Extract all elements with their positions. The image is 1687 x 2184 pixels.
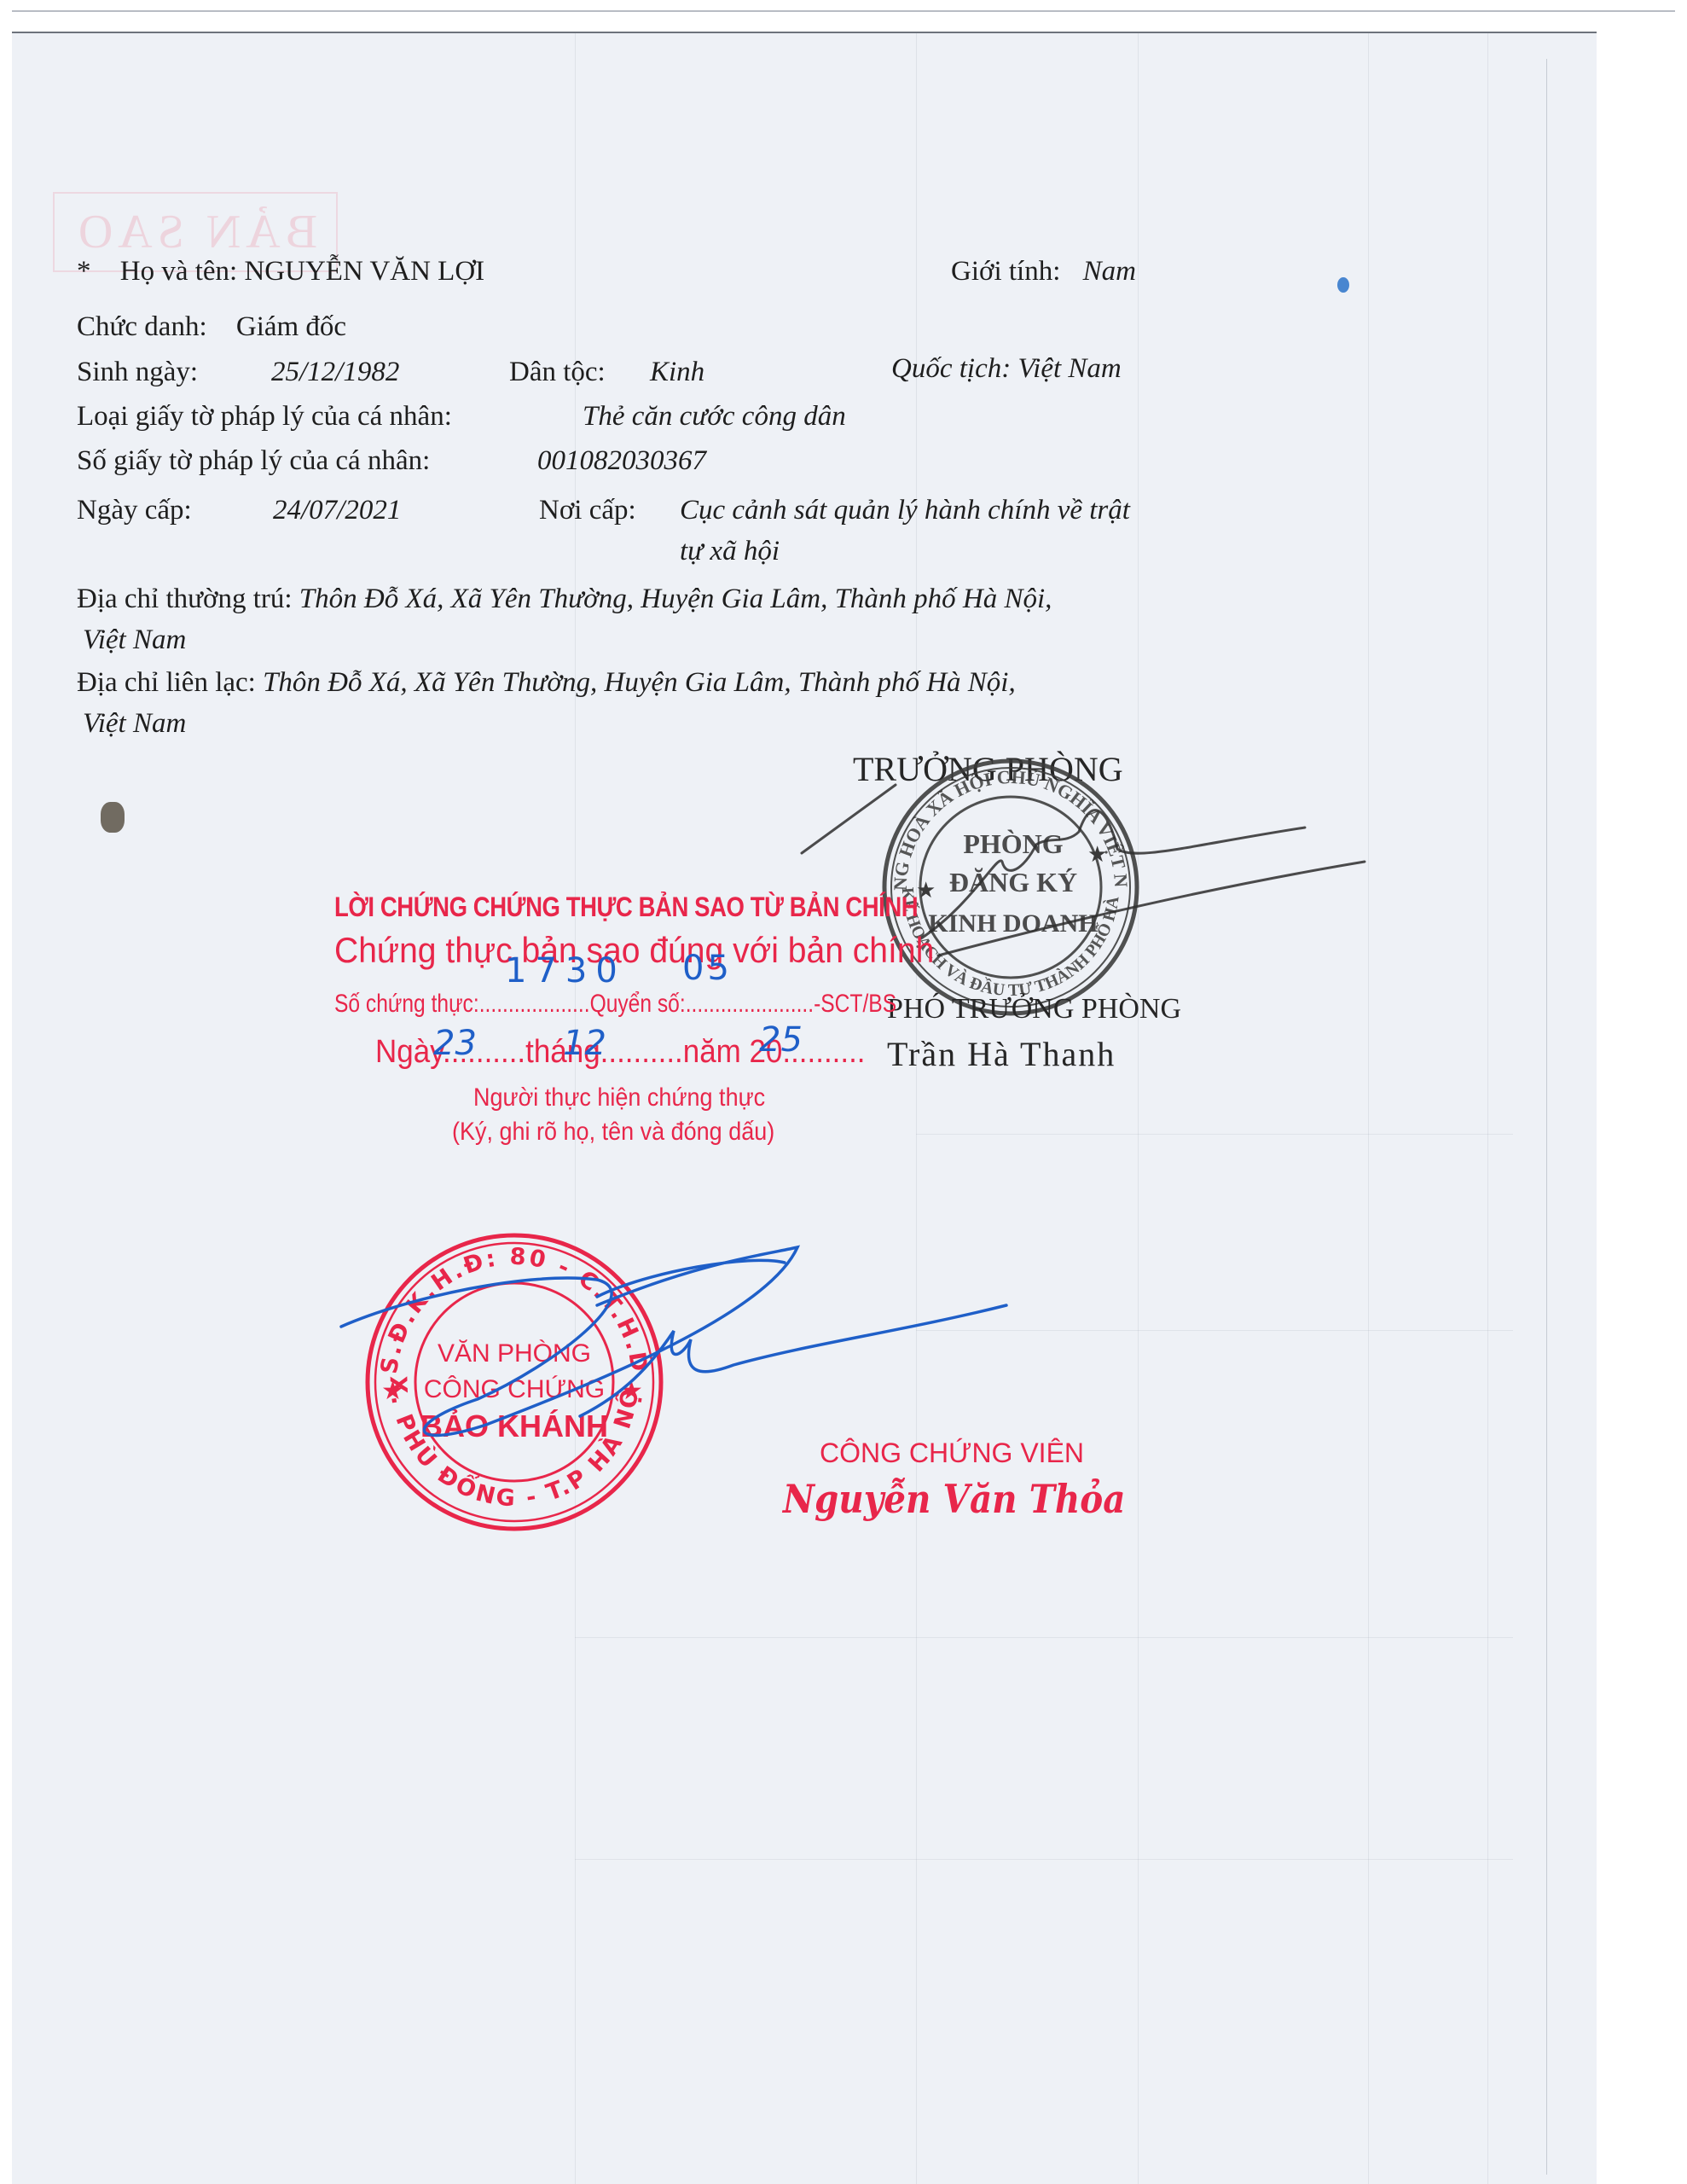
scan-speck — [101, 802, 125, 833]
notary-title: CÔNG CHỨNG VIÊN — [820, 1438, 1084, 1469]
svg-text:X. PHÙ ĐỔNG - T.P HÀ NỘI: X. PHÙ ĐỔNG - T.P HÀ NỘI — [0, 0, 644, 1512]
notary-name: Nguyễn Văn Thỏa — [783, 1476, 1125, 1522]
notary-seal: S.Đ.K.H.Đ: 80 - C.T.H.D X. PHÙ ĐỔNG - T.… — [0, 0, 1687, 2184]
svg-text:★: ★ — [381, 1377, 404, 1405]
svg-text:VĂN PHÒNG: VĂN PHÒNG — [438, 1339, 591, 1368]
ink-spot — [1337, 277, 1349, 293]
